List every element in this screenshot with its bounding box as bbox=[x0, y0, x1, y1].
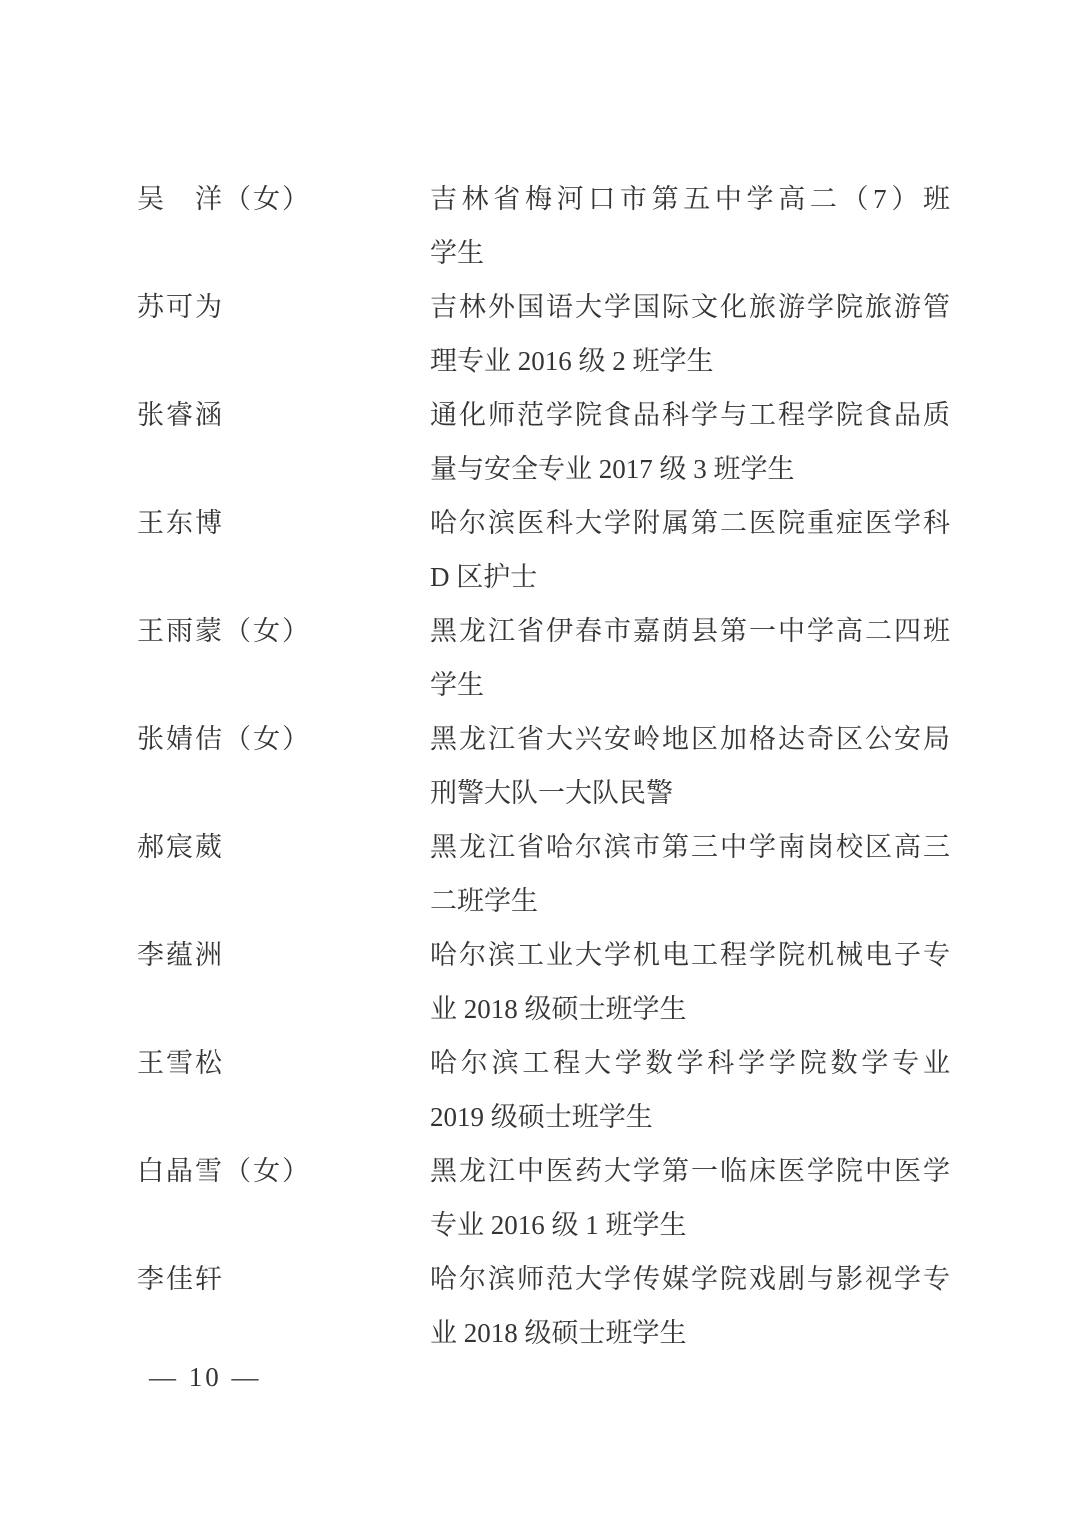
description-line-2: D 区护士 bbox=[430, 550, 950, 604]
person-description: 哈尔滨师范大学传媒学院戏剧与影视学专 业 2018 级硕士班学生 bbox=[430, 1252, 950, 1360]
description-line-1: 黑龙江省哈尔滨市第三中学南岗校区高三 bbox=[430, 820, 950, 874]
description-line-2: 学生 bbox=[430, 226, 950, 280]
description-line-1: 吉林省梅河口市第五中学高二（7）班 bbox=[430, 172, 950, 226]
description-line-2: 理专业 2016 级 2 班学生 bbox=[430, 334, 950, 388]
description-line-2: 二班学生 bbox=[430, 874, 950, 928]
page-number: — 10 — bbox=[149, 1362, 262, 1393]
description-line-1: 通化师范学院食品科学与工程学院食品质 bbox=[430, 388, 950, 442]
description-line-1: 哈尔滨医科大学附属第二医院重症医学科 bbox=[430, 496, 950, 550]
person-description: 黑龙江省伊春市嘉荫县第一中学高二四班 学生 bbox=[430, 604, 950, 712]
description-line-1: 黑龙江中医药大学第一临床医学院中医学 bbox=[430, 1144, 950, 1198]
person-name: 白晶雪（女） bbox=[137, 1144, 430, 1198]
person-description: 黑龙江省大兴安岭地区加格达奇区公安局 刑警大队一大队民警 bbox=[430, 712, 950, 820]
roster-entry: 苏可为 吉林外国语大学国际文化旅游学院旅游管 理专业 2016 级 2 班学生 bbox=[137, 280, 953, 388]
description-line-2: 刑警大队一大队民警 bbox=[430, 766, 950, 820]
description-line-2: 学生 bbox=[430, 658, 950, 712]
description-line-2: 量与安全专业 2017 级 3 班学生 bbox=[430, 442, 950, 496]
person-name: 吴 洋（女） bbox=[137, 172, 430, 226]
roster-entry: 李蕴洲 哈尔滨工业大学机电工程学院机械电子专 业 2018 级硕士班学生 bbox=[137, 928, 953, 1036]
person-description: 哈尔滨医科大学附属第二医院重症医学科 D 区护士 bbox=[430, 496, 950, 604]
person-name: 苏可为 bbox=[137, 280, 430, 334]
person-name: 张睿涵 bbox=[137, 388, 430, 442]
description-line-2: 2019 级硕士班学生 bbox=[430, 1090, 950, 1144]
person-name: 郝宸葳 bbox=[137, 820, 430, 874]
person-description: 黑龙江中医药大学第一临床医学院中医学 专业 2016 级 1 班学生 bbox=[430, 1144, 950, 1252]
person-description: 吉林外国语大学国际文化旅游学院旅游管 理专业 2016 级 2 班学生 bbox=[430, 280, 950, 388]
description-line-1: 黑龙江省伊春市嘉荫县第一中学高二四班 bbox=[430, 604, 950, 658]
roster-entry: 王雪松 哈尔滨工程大学数学科学学院数学专业 2019 级硕士班学生 bbox=[137, 1036, 953, 1144]
roster-entry: 张婧佶（女） 黑龙江省大兴安岭地区加格达奇区公安局 刑警大队一大队民警 bbox=[137, 712, 953, 820]
description-line-1: 黑龙江省大兴安岭地区加格达奇区公安局 bbox=[430, 712, 950, 766]
description-line-2: 专业 2016 级 1 班学生 bbox=[430, 1198, 950, 1252]
roster-entry: 吴 洋（女） 吉林省梅河口市第五中学高二（7）班 学生 bbox=[137, 172, 953, 280]
description-line-1: 哈尔滨师范大学传媒学院戏剧与影视学专 bbox=[430, 1252, 950, 1306]
person-name: 王雨蒙（女） bbox=[137, 604, 430, 658]
person-name: 张婧佶（女） bbox=[137, 712, 430, 766]
roster-entry: 李佳轩 哈尔滨师范大学传媒学院戏剧与影视学专 业 2018 级硕士班学生 bbox=[137, 1252, 953, 1360]
person-name: 李佳轩 bbox=[137, 1252, 430, 1306]
person-description: 通化师范学院食品科学与工程学院食品质 量与安全专业 2017 级 3 班学生 bbox=[430, 388, 950, 496]
document-page: 吴 洋（女） 吉林省梅河口市第五中学高二（7）班 学生 苏可为 吉林外国语大学国… bbox=[0, 0, 1080, 1527]
honoree-roster: 吴 洋（女） 吉林省梅河口市第五中学高二（7）班 学生 苏可为 吉林外国语大学国… bbox=[137, 172, 953, 1360]
description-line-2: 业 2018 级硕士班学生 bbox=[430, 982, 950, 1036]
person-name: 李蕴洲 bbox=[137, 928, 430, 982]
roster-entry: 白晶雪（女） 黑龙江中医药大学第一临床医学院中医学 专业 2016 级 1 班学… bbox=[137, 1144, 953, 1252]
description-line-1: 哈尔滨工程大学数学科学学院数学专业 bbox=[430, 1036, 950, 1090]
description-line-1: 哈尔滨工业大学机电工程学院机械电子专 bbox=[430, 928, 950, 982]
person-name: 王雪松 bbox=[137, 1036, 430, 1090]
description-line-2: 业 2018 级硕士班学生 bbox=[430, 1306, 950, 1360]
person-description: 哈尔滨工业大学机电工程学院机械电子专 业 2018 级硕士班学生 bbox=[430, 928, 950, 1036]
roster-entry: 王雨蒙（女） 黑龙江省伊春市嘉荫县第一中学高二四班 学生 bbox=[137, 604, 953, 712]
roster-entry: 郝宸葳 黑龙江省哈尔滨市第三中学南岗校区高三 二班学生 bbox=[137, 820, 953, 928]
roster-entry: 王东博 哈尔滨医科大学附属第二医院重症医学科 D 区护士 bbox=[137, 496, 953, 604]
person-description: 吉林省梅河口市第五中学高二（7）班 学生 bbox=[430, 172, 950, 280]
person-description: 哈尔滨工程大学数学科学学院数学专业 2019 级硕士班学生 bbox=[430, 1036, 950, 1144]
person-description: 黑龙江省哈尔滨市第三中学南岗校区高三 二班学生 bbox=[430, 820, 950, 928]
description-line-1: 吉林外国语大学国际文化旅游学院旅游管 bbox=[430, 280, 950, 334]
person-name: 王东博 bbox=[137, 496, 430, 550]
roster-entry: 张睿涵 通化师范学院食品科学与工程学院食品质 量与安全专业 2017 级 3 班… bbox=[137, 388, 953, 496]
